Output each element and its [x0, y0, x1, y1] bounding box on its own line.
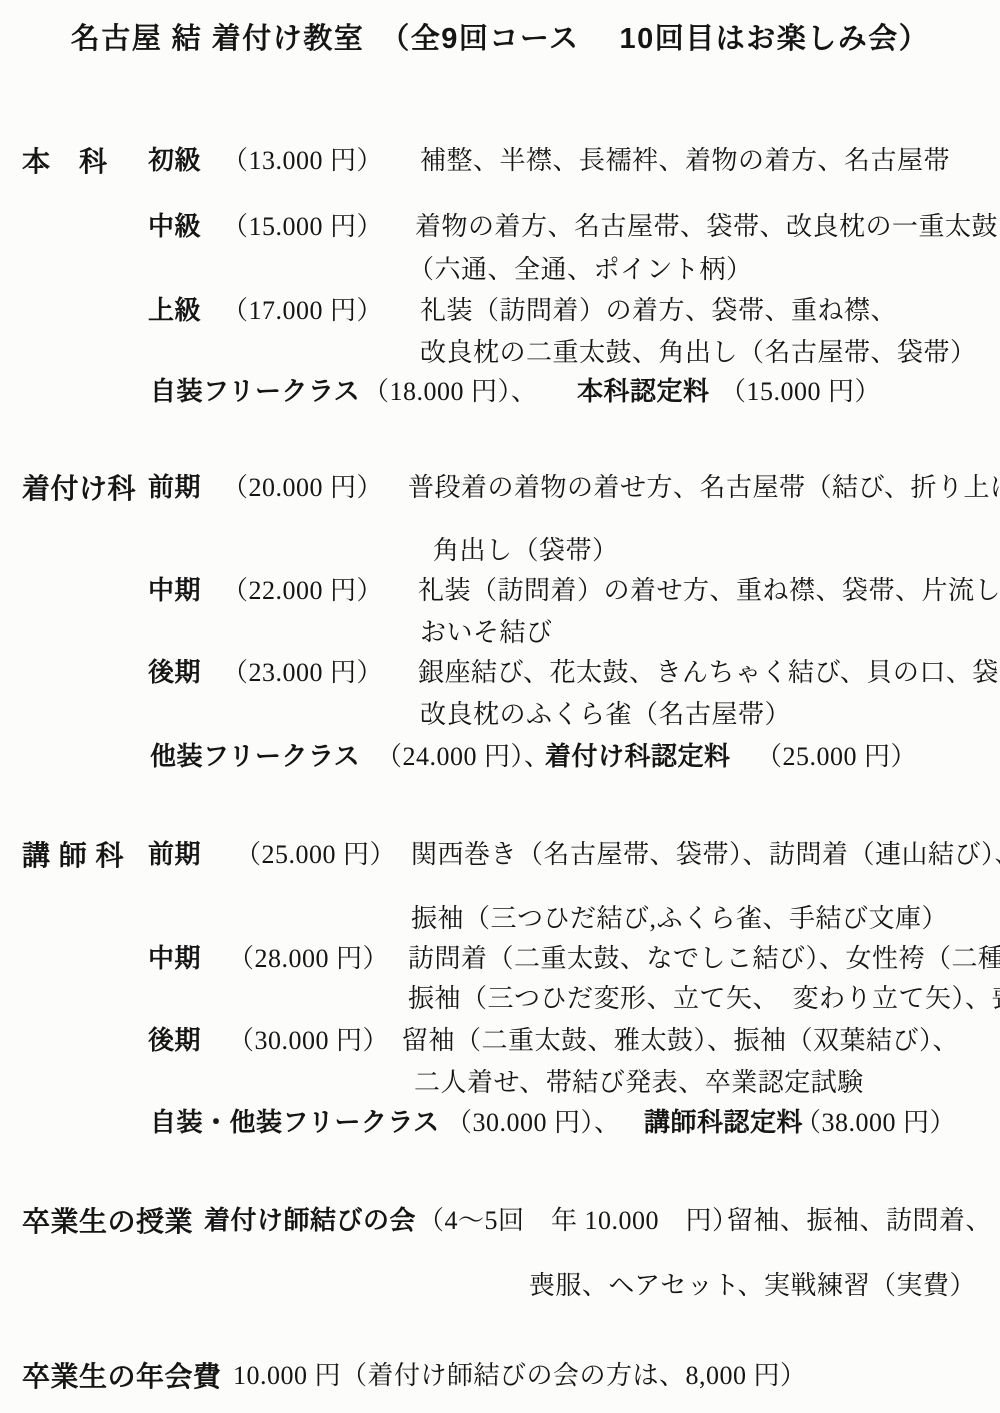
price-value: （23.000 円） — [222, 652, 383, 689]
price-value: （18.000 円）、 — [363, 371, 538, 408]
price-value: （13.000 円） — [222, 140, 383, 177]
course-row: 本 科 初級 （13.000 円） 補整、半襟、長襦袢、着物の着方、名古屋帯 — [0, 140, 1000, 176]
course-description: 着物の着方、名古屋帯、袋帯、改良枕の一重太鼓 — [415, 206, 998, 243]
level-label: 後期 — [148, 1020, 201, 1057]
course-description: 銀座結び、花太鼓、きんちゃく結び、貝の口、袋帯 — [418, 652, 1000, 689]
level-label: 上級 — [148, 290, 201, 327]
section-label: 講 師 科 — [22, 834, 124, 874]
price-value: （15.000 円） — [720, 371, 881, 408]
course-description: 訪問着（二重太鼓、なでしこ結び）、女性袴（二種）、 — [408, 938, 1000, 975]
course-row-continuation: 振袖（三つひだ結び,ふくら雀、手結び文庫） — [0, 898, 1000, 934]
section-label: 着付け科 — [22, 467, 136, 507]
course-description: 留袖（二重太鼓、雅太鼓）、振袖（双葉結び）、 — [402, 1020, 959, 1057]
price-value: （30.000 円） — [228, 1020, 389, 1057]
page-title: 名古屋 結 着付け教室 （全9回コース 10回目はお楽しみ会） — [0, 16, 1000, 57]
course-row: 上級 （17.000 円） 礼装（訪問着）の着方、袋帯、重ね襟、 — [0, 290, 1000, 326]
price-value: （28.000 円） — [228, 938, 389, 975]
course-description: 礼装（訪問着）の着方、袋帯、重ね襟、 — [420, 290, 897, 327]
course-row: 中級 （15.000 円） 着物の着方、名古屋帯、袋帯、改良枕の一重太鼓 — [0, 206, 1000, 242]
graduates-class-row: 卒業生の授業 着付け師結びの会 （4～5回 年 10.000 円） 留袖、振袖、… — [0, 1200, 1000, 1236]
summary-row: 他装フリークラス （24.000 円）、 着付け科認定料 （25.000 円） — [0, 736, 1000, 772]
level-label: 中級 — [148, 206, 201, 243]
document-page: 名古屋 結 着付け教室 （全9回コース 10回目はお楽しみ会） 本 科 初級 （… — [0, 0, 1000, 1413]
price-value: （22.000 円） — [222, 570, 383, 607]
level-label: 前期 — [148, 834, 201, 871]
price-value: （30.000 円）、 — [446, 1102, 621, 1139]
course-row: 後期 （30.000 円） 留袖（二重太鼓、雅太鼓）、振袖（双葉結び）、 — [0, 1020, 1000, 1056]
course-description: 角出し（袋帯） — [433, 530, 619, 567]
course-row-continuation: おいそ結び — [0, 612, 1000, 648]
group-name: 着付け師結びの会 — [204, 1200, 416, 1237]
price-value: （25.000 円） — [235, 834, 396, 871]
level-label: 前期 — [148, 467, 201, 504]
course-row-continuation: 二人着せ、帯結び発表、卒業認定試験 — [0, 1062, 1000, 1098]
course-description: 関西巻き（名古屋帯、袋帯）、訪問着（連山結び）、 — [411, 834, 1000, 871]
price-value: （4～5回 年 10.000 円） — [418, 1200, 739, 1237]
course-row: 中期 （28.000 円） 訪問着（二重太鼓、なでしこ結び）、女性袴（二種）、 — [0, 938, 1000, 974]
price-value: （15.000 円） — [222, 206, 383, 243]
course-row-continuation: （六通、全通、ポイント柄） — [0, 249, 1000, 285]
price-value: （24.000 円）、 — [376, 736, 551, 773]
annual-fee-heading: 卒業生の年会費 — [22, 1355, 222, 1395]
free-class-label: 他装フリークラス — [150, 736, 360, 773]
certification-label: 講師科認定料 — [644, 1102, 803, 1139]
free-class-label: 自装フリークラス — [150, 371, 360, 408]
course-description: （六通、全通、ポイント柄） — [408, 249, 753, 286]
summary-row: 自装フリークラス （18.000 円）、 本科認定料 （15.000 円） — [0, 371, 1000, 407]
course-description: 二人着せ、帯結び発表、卒業認定試験 — [414, 1062, 864, 1099]
course-description: 振袖（三つひだ変形、立て矢、 変わり立て矢）、喪服 — [408, 978, 1000, 1015]
level-label: 中期 — [148, 938, 201, 975]
course-description: 留袖、振袖、訪問着、 — [727, 1200, 992, 1237]
section-label: 本 科 — [22, 140, 108, 180]
course-row-continuation: 角出し（袋帯） — [0, 530, 1000, 566]
summary-row: 自装・他装フリークラス （30.000 円）、 講師科認定料 （38.000 円… — [0, 1102, 1000, 1138]
price-value: （38.000 円） — [795, 1102, 956, 1139]
annual-fee-amount: 10.000 円（着付け師結びの会の方は、8,000 円） — [233, 1355, 807, 1392]
level-label: 後期 — [148, 652, 201, 689]
free-class-label: 自装・他装フリークラス — [150, 1102, 440, 1139]
graduates-class-continuation: 喪服、ヘアセット、実戦練習（実費） — [0, 1265, 1000, 1301]
course-row-continuation: 改良枕の二重太鼓、角出し（名古屋帯、袋帯） — [0, 332, 1000, 368]
course-description: 喪服、ヘアセット、実戦練習（実費） — [529, 1265, 976, 1302]
course-description: 礼装（訪問着）の着せ方、重ね襟、袋帯、片流し、 — [418, 570, 1000, 607]
course-row: 講 師 科 前期 （25.000 円） 関西巻き（名古屋帯、袋帯）、訪問着（連山… — [0, 834, 1000, 870]
course-description: おいそ結び — [420, 612, 553, 649]
course-description: 改良枕のふくら雀（名古屋帯） — [420, 694, 791, 731]
certification-label: 本科認定料 — [577, 371, 710, 408]
course-description: 普段着の着物の着せ方、名古屋帯（結び、折り上げ）、 — [408, 467, 1000, 504]
price-value: （25.000 円） — [756, 736, 917, 773]
course-row-continuation: 振袖（三つひだ変形、立て矢、 変わり立て矢）、喪服 — [0, 978, 1000, 1014]
course-row-continuation: 改良枕のふくら雀（名古屋帯） — [0, 694, 1000, 730]
course-description: 補整、半襟、長襦袢、着物の着方、名古屋帯 — [420, 140, 950, 177]
certification-label: 着付け科認定料 — [545, 736, 731, 773]
graduates-class-heading: 卒業生の授業 — [22, 1200, 193, 1240]
price-value: （17.000 円） — [222, 290, 383, 327]
annual-fee-row: 卒業生の年会費 10.000 円（着付け師結びの会の方は、8,000 円） — [0, 1355, 1000, 1391]
course-row: 着付け科 前期 （20.000 円） 普段着の着物の着せ方、名古屋帯（結び、折り… — [0, 467, 1000, 503]
course-description: 振袖（三つひだ結び,ふくら雀、手結び文庫） — [411, 898, 948, 935]
course-row: 中期 （22.000 円） 礼装（訪問着）の着せ方、重ね襟、袋帯、片流し、 — [0, 570, 1000, 606]
course-description: 改良枕の二重太鼓、角出し（名古屋帯、袋帯） — [420, 332, 977, 369]
price-value: （20.000 円） — [222, 467, 383, 504]
level-label: 初級 — [148, 140, 201, 177]
course-row: 後期 （23.000 円） 銀座結び、花太鼓、きんちゃく結び、貝の口、袋帯 — [0, 652, 1000, 688]
level-label: 中期 — [148, 570, 201, 607]
